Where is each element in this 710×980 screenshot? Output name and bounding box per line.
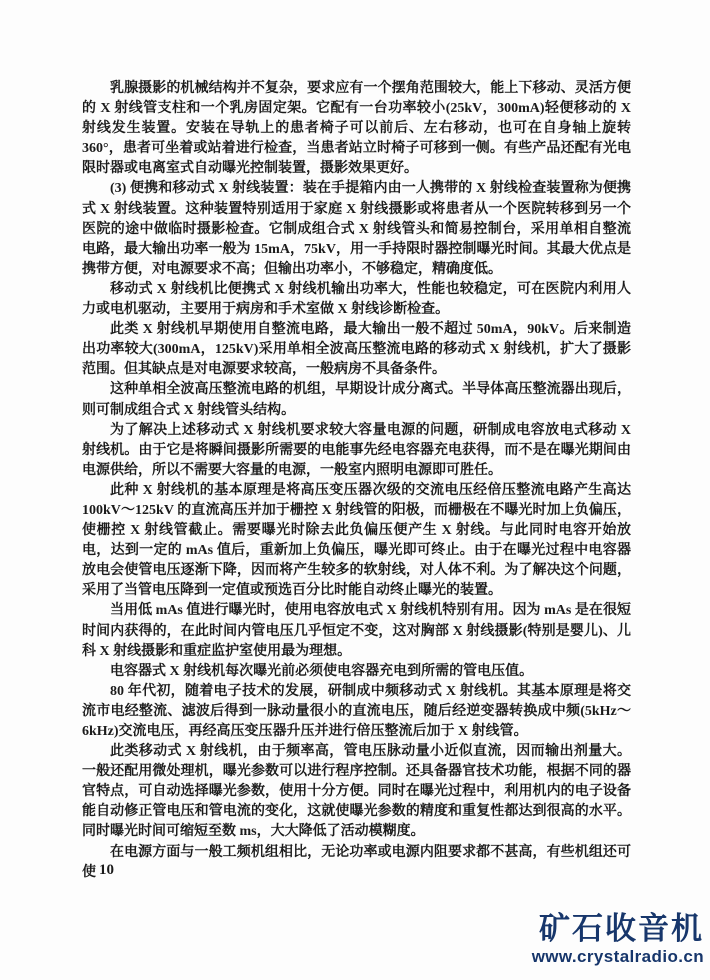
paragraph: 这种单相全波高压整流电路的机组，早期设计成分离式。半导体高压整流器出现后，则可制… (82, 380, 631, 420)
paragraph: 移动式 X 射线机比便携式 X 射线机输出功率大，性能也较稳定，可在医院内利用人… (82, 280, 631, 320)
paragraph: (3) 便携和移动式 X 射线装置：装在手提箱内由一人携带的 X 射线检查装置称… (82, 179, 631, 279)
watermark: 矿石收音机 www.crystalradio.cn (532, 912, 704, 967)
paragraph: 电容器式 X 射线机每次曝光前必须使电容器充电到所需的管电压值。 (82, 662, 631, 682)
scanned-document-page: 乳腺摄影的机械结构并不复杂，要求应有一个摆角范围较大，能上下移动、灵活方便的 X… (0, 0, 710, 980)
paragraph: 此类 X 射线机早期使用自整流电路，最大输出一般不超过 50mA，90kV。后来… (82, 320, 631, 380)
paragraph: 在电源方面与一般工频机组相比，无论功率或电源内阻要求都不甚高，有些机组还可使 (82, 843, 631, 883)
watermark-logo-text: 矿石收音机 (532, 912, 704, 946)
document-body: 乳腺摄影的机械结构并不复杂，要求应有一个摆角范围较大，能上下移动、灵活方便的 X… (82, 79, 631, 883)
paragraph: 乳腺摄影的机械结构并不复杂，要求应有一个摆角范围较大，能上下移动、灵活方便的 X… (82, 79, 631, 179)
paragraph: 此类移动式 X 射线机，由于频率高，管电压脉动量小近似直流，因而输出剂量大。一般… (82, 742, 631, 842)
paragraph: 为了解决上述移动式 X 射线机要求较大容量电源的问题，研制成电容放电式移动 X … (82, 421, 631, 481)
paragraph: 当用低 mAs 值进行曝光时，使用电容放电式 X 射线机特别有用。因为 mAs … (82, 601, 631, 661)
page-number: 10 (99, 862, 114, 879)
paragraph: 此种 X 射线机的基本原理是将高压变压器次级的交流电压经倍压整流电路产生高达 1… (82, 481, 631, 602)
paragraph: 80 年代初，随着电子技术的发展，研制成中频移动式 X 射线机。其基本原理是将交… (82, 682, 631, 742)
watermark-url: www.crystalradio.cn (532, 947, 704, 967)
